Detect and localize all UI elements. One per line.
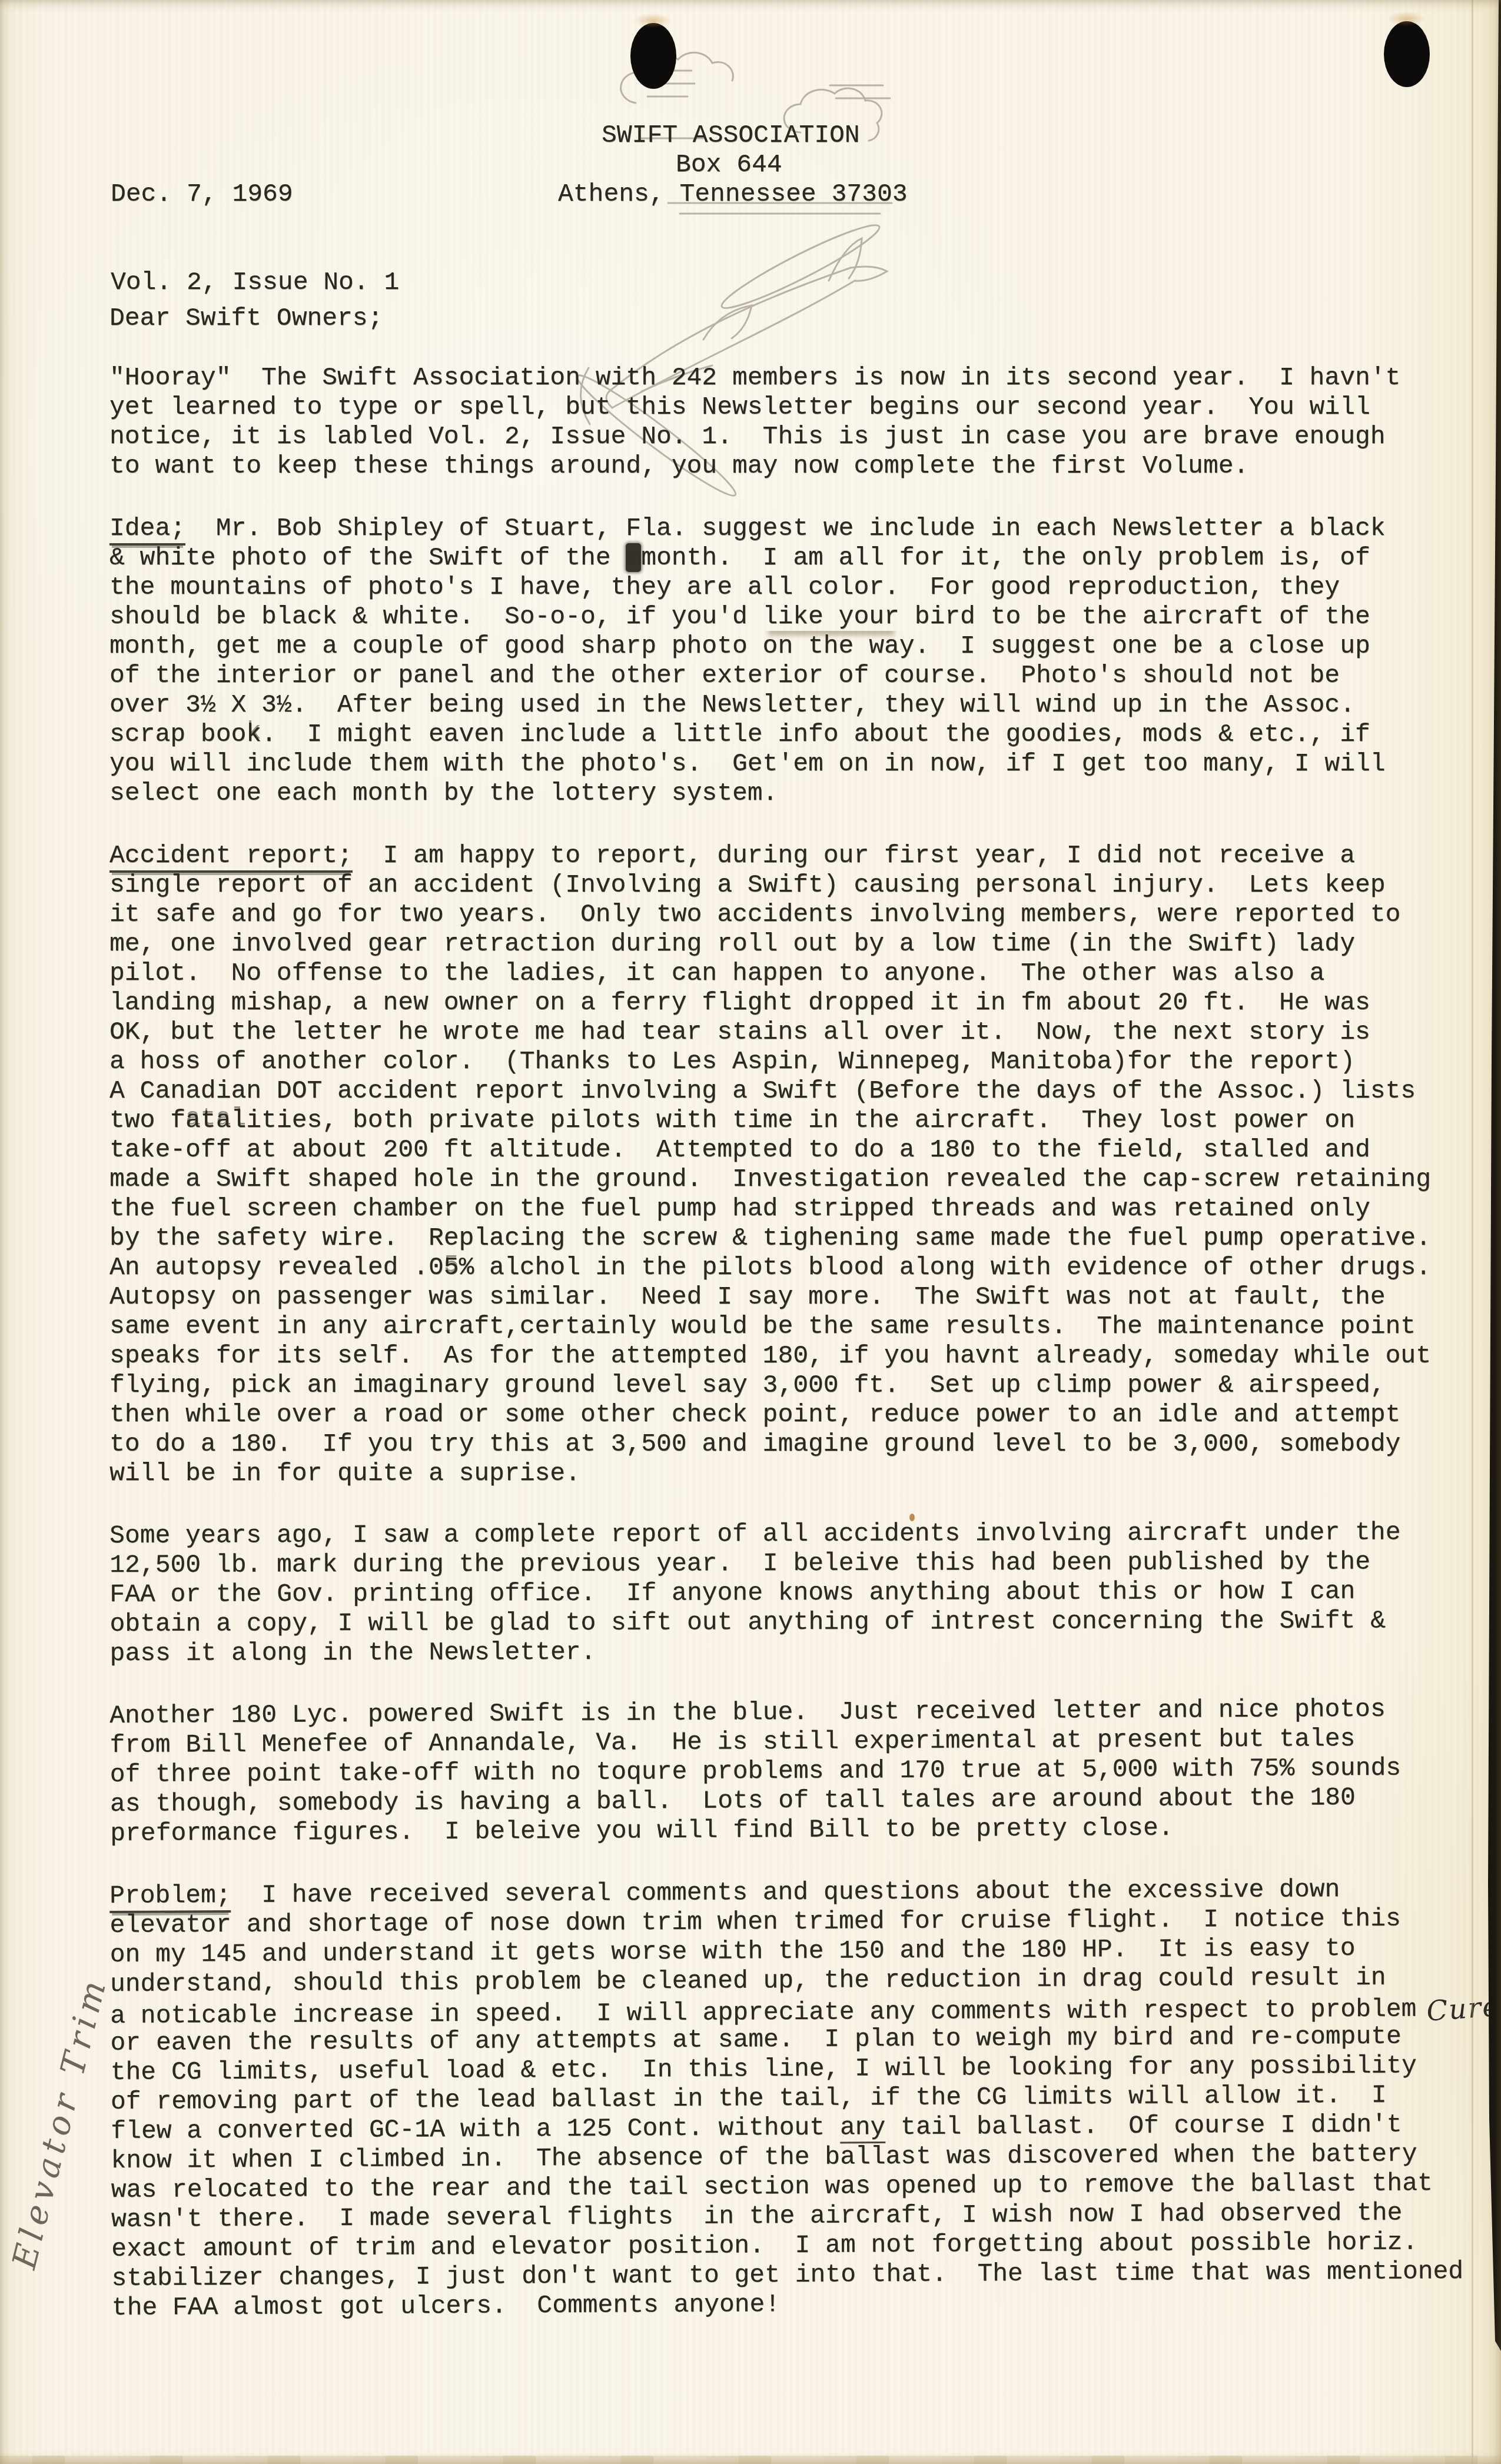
text-segment: over 3½ X 3½. After being used in the Ne… [109,690,1355,719]
paragraph-problem: Problem; I have received several comment… [109,1874,1501,2323]
text-line: "Hooray" The Swift Association with 242 … [109,363,1400,393]
text-line: Autopsy on passenger was similar. Need I… [109,1282,1431,1312]
text-line: pass it along in the Newsletter. [110,1635,1401,1668]
salutation: Dear Swift Owners; [109,304,383,333]
text-segment: A Canadian DOT accident report involving… [109,1076,1416,1105]
text-segment: you will include them with the photo's. … [109,749,1386,778]
text-segment: the FAA almost got ulcers. Comments anyo… [112,2290,781,2322]
text-line: will be in for quite a suprise. [109,1459,1431,1488]
text-line: month, get me a couple of good sharp pho… [109,631,1386,661]
text-line: Some years ago, I saw a complete report … [109,1518,1400,1551]
scanned-newsletter-page: Dec. 7, 1969 Vol. 2, Issue No. 1 SWIFT A… [0,0,1501,2464]
text-line: you will include them with the photo's. … [109,749,1386,779]
text-line: speaks for its self. As for the attempte… [109,1341,1431,1371]
text-segment: FAA or the Gov. printing office. If anyo… [109,1577,1355,1609]
text-line: should be black & white. So-o-o, if you'… [109,602,1386,631]
text-segment: Mr. Bob Shipley of Stuart, Fla. suggest … [185,514,1386,543]
text-segment: any [840,2113,886,2143]
text-line: OK, but the letter he wrote me had tear … [109,1017,1431,1047]
text-segment: pass it along in the Newsletter. [110,1638,596,1668]
text-segment: like your [763,602,899,631]
text-segment: preformance figures. I beleive you will … [110,1814,1174,1848]
text-line: obtain a copy, I will be glad to sift ou… [109,1606,1400,1639]
text-segment: I am happy to report, during our first y… [353,841,1355,870]
paragraph-180-swift: Another 180 Lyc. powered Swift is in the… [109,1695,1402,1848]
text-segment: landing mishap, a new owner on a ferry f… [109,988,1370,1017]
text-segment: scrap boo [109,720,246,749]
text-line: notice, it is labled Vol. 2, Issue No. 1… [109,422,1400,451]
text-segment: "Hooray" The Swift Association with 242 … [109,363,1400,392]
text-segment: Accident report; [109,841,353,873]
text-line: two fatalities, both private pilots with… [109,1106,1431,1135]
text-line: made a Swift shaped hole in the ground. … [109,1165,1431,1194]
hole-punch-icon-right [1384,21,1430,87]
text-line: single report of an accident (Involving … [109,870,1431,900]
text-segment: to do a 180. If you try this at 3,500 an… [109,1429,1400,1458]
text-line: Idea; Mr. Bob Shipley of Stuart, Fla. su… [109,514,1386,543]
text-line: An autopsy revealed .05% alchol in the p… [109,1253,1431,1282]
text-line: & white photo of the Swift of the mmonth… [109,543,1386,573]
text-segment: flying, pick an imaginary ground level s… [109,1371,1386,1399]
text-line: same event in any aircraft,certainly wou… [109,1312,1431,1341]
text-line: scrap book. I might eaven include a litt… [109,720,1386,749]
text-line: of the interior or panel and the other e… [109,661,1386,690]
text-segment: An autopsy revealed .0 [109,1253,444,1282]
text-segment: pilot. No offense to the ladies, it can … [109,959,1324,987]
text-line: 12,500 lb. mark during the previous year… [109,1547,1400,1580]
org-address-city: Athens, Tennessee 37303 [558,179,908,209]
text-segment: % alchol in the pilots blood along with … [459,1253,1431,1282]
text-segment: & white photo of the Swift of the [109,543,626,572]
text-segment: of the interior or panel and the other e… [109,661,1340,690]
text-segment: ities, both private pilots with time in … [246,1106,1355,1135]
text-segment: I have received several comments and que… [231,1875,1340,1910]
text-segment: obtain a copy, I will be glad to sift ou… [109,1606,1386,1638]
text-line: select one each month by the lottery sys… [109,779,1386,808]
text-segment: Some years ago, I saw a complete report … [109,1518,1400,1550]
text-segment: 5 [444,1253,459,1282]
text-segment: m [626,543,641,572]
text-line: a hoss of another color. (Thanks to Les … [109,1047,1431,1076]
paper-speck [909,1514,915,1521]
text-line: FAA or the Gov. printing office. If anyo… [109,1577,1400,1610]
text-segment: month, get me a couple of good sharp pho… [109,631,1370,660]
text-segment: Autopsy on passenger was similar. Need I… [109,1282,1386,1311]
paragraph-accident-report: Accident report; I am happy to report, d… [109,841,1431,1488]
text-line: to want to keep these things around, you… [109,451,1400,481]
text-segment: select one each month by the lottery sys… [109,779,778,807]
text-line: yet learned to type or spell, but this N… [109,393,1400,422]
text-segment: month. I am all for it, the only problem… [641,543,1370,572]
text-line: Accident report; I am happy to report, d… [109,841,1431,870]
text-line: me, one involved gear retraction during … [109,929,1431,959]
text-segment: 12,500 lb. mark during the previous year… [109,1547,1370,1580]
text-segment: it safe and go for two years. Only two a… [109,900,1400,929]
text-segment: yet learned to type or spell, but this N… [109,393,1370,421]
text-line: preformance figures. I beleive you will … [110,1813,1402,1848]
text-line: by the safety wire. Replacing the screw … [109,1223,1431,1253]
paragraph-idea: Idea; Mr. Bob Shipley of Stuart, Fla. su… [109,514,1386,808]
text-segment: atal [185,1106,246,1135]
hole-punch-icon-left [630,23,676,89]
text-segment: same event in any aircraft,certainly wou… [109,1312,1416,1341]
text-segment: . I might eaven include a little info ab… [261,720,1370,749]
text-line: then while over a road or some other che… [109,1400,1431,1429]
text-segment: take-off at about 200 ft altitude. Attem… [109,1135,1370,1164]
text-segment: a hoss of another color. (Thanks to Les … [109,1047,1355,1076]
bottom-scan-edge [0,2456,1501,2464]
text-line: A Canadian DOT accident report involving… [109,1076,1431,1106]
text-line: pilot. No offense to the ladies, it can … [109,959,1431,988]
volume-issue-line: Vol. 2, Issue No. 1 [111,268,399,297]
text-segment: the mountains of photo's I have, they ar… [109,573,1340,601]
org-address-box: Box 644 [676,150,782,179]
text-line: it safe and go for two years. Only two a… [109,900,1431,929]
paper-crease [1472,0,1473,2464]
paragraph-faa-report: Some years ago, I saw a complete report … [109,1518,1401,1668]
text-segment: to want to keep these things around, you… [109,451,1248,480]
text-segment: flew a converted GC-1A with a 125 Cont. … [111,2113,840,2146]
org-name: SWIFT ASSOCIATION [602,121,860,150]
text-line: over 3½ X 3½. After being used in the Ne… [109,690,1386,720]
text-segment: two f [109,1106,185,1135]
text-segment: made a Swift shaped hole in the ground. … [109,1165,1431,1193]
text-line: flying, pick an imaginary ground level s… [109,1371,1431,1400]
text-segment: OK, but the letter he wrote me had tear … [109,1017,1370,1046]
text-segment: k [246,720,261,749]
text-segment: bird to be the aircraft of the [899,602,1370,631]
text-segment: the fuel screen chamber on the fuel pump… [109,1194,1370,1223]
text-segment: me, one involved gear retraction during … [109,929,1355,958]
text-segment: should be black & white. So-o-o, if you'… [109,602,763,631]
text-line: the fuel screen chamber on the fuel pump… [109,1194,1431,1223]
text-segment: notice, it is labled Vol. 2, Issue No. 1… [109,422,1386,451]
text-line: to do a 180. If you try this at 3,500 an… [109,1429,1431,1459]
handwritten-cure-note: Cure [1416,1992,1501,2027]
text-line: the mountains of photo's I have, they ar… [109,573,1386,602]
text-line: take-off at about 200 ft altitude. Attem… [109,1135,1431,1165]
paragraph-intro: "Hooray" The Swift Association with 242 … [109,363,1400,481]
text-segment: speaks for its self. As for the attempte… [109,1341,1431,1370]
text-segment: Idea; [109,514,185,546]
text-segment: will be in for quite a suprise. [109,1459,580,1488]
text-segment: single report of an accident (Involving … [109,870,1386,899]
text-segment: then while over a road or some other che… [109,1400,1400,1429]
text-segment: by the safety wire. Replacing the screw … [109,1223,1431,1252]
text-line: landing mishap, a new owner on a ferry f… [109,988,1431,1017]
date-line: Dec. 7, 1969 [111,179,399,209]
text-segment: tail ballast. Of course I didn't [885,2110,1402,2142]
